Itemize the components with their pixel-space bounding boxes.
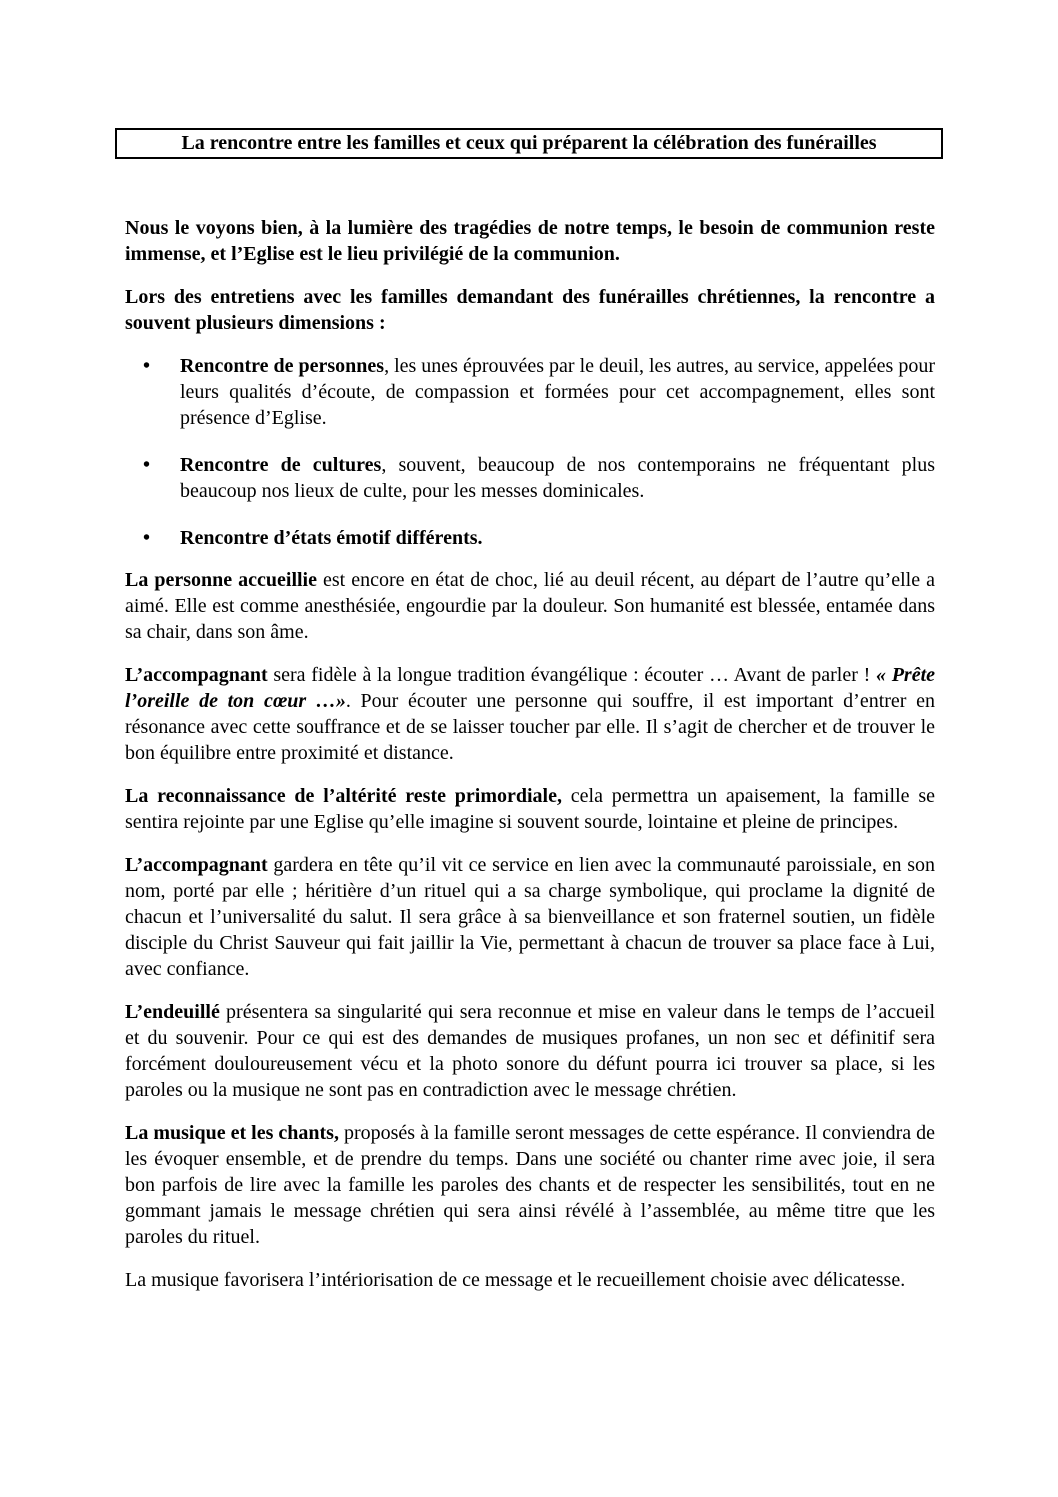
paragraph-accompagnant-ecoute: L’accompagnant sera fidèle à la longue t… bbox=[125, 662, 935, 766]
paragraph-personne-accueillie: La personne accueillie est encore en éta… bbox=[125, 567, 935, 645]
document-title: La rencontre entre les familles et ceux … bbox=[181, 132, 876, 154]
paragraph-lead: L’endeuillé bbox=[125, 1001, 220, 1023]
paragraph-lead: L’accompagnant bbox=[125, 854, 268, 876]
bullet-icon: • bbox=[143, 525, 150, 551]
paragraph-intro-2: Lors des entretiens avec les familles de… bbox=[125, 284, 935, 336]
paragraph-accompagnant-communaute: L’accompagnant gardera en tête qu’il vit… bbox=[125, 852, 935, 982]
paragraph-text: présentera sa singularité qui sera recon… bbox=[125, 1001, 935, 1101]
paragraph-reconnaissance-alterite: La reconnaissance de l’altérité reste pr… bbox=[125, 783, 935, 835]
paragraph-musique-final: La musique favorisera l’intériorisation … bbox=[125, 1267, 935, 1293]
paragraph-lead: La reconnaissance de l’altérité reste pr… bbox=[125, 785, 562, 807]
document-page: La rencontre entre les familles et ceux … bbox=[0, 0, 1058, 1497]
list-item-lead: Rencontre de cultures bbox=[180, 454, 381, 476]
list-item-rencontre-etats: • Rencontre d’états émotif différents. bbox=[125, 525, 935, 551]
list-item-rencontre-cultures: • Rencontre de cultures, souvent, beauco… bbox=[125, 452, 935, 504]
document-body: Nous le voyons bien, à la lumière des tr… bbox=[125, 215, 935, 1293]
paragraph-intro-1: Nous le voyons bien, à la lumière des tr… bbox=[125, 215, 935, 267]
list-item-lead: Rencontre de personnes bbox=[180, 355, 384, 377]
paragraph-musique-chants: La musique et les chants, proposés à la … bbox=[125, 1120, 935, 1250]
paragraph-lead: La personne accueillie bbox=[125, 569, 317, 591]
bullet-icon: • bbox=[143, 452, 150, 478]
paragraph-endeuille: L’endeuillé présentera sa singularité qu… bbox=[125, 999, 935, 1103]
paragraph-lead: L’accompagnant bbox=[125, 664, 268, 686]
paragraph-lead: La musique et les chants, bbox=[125, 1122, 339, 1144]
paragraph-text: La musique favorisera l’intériorisation … bbox=[125, 1269, 905, 1291]
bullet-icon: • bbox=[143, 353, 150, 379]
document-title-box: La rencontre entre les familles et ceux … bbox=[115, 128, 943, 159]
paragraph-text: sera fidèle à la longue tradition évangé… bbox=[268, 664, 876, 686]
list-item-lead: Rencontre d’états émotif différents. bbox=[180, 527, 483, 549]
dimension-list: • Rencontre de personnes, les unes éprou… bbox=[125, 353, 935, 551]
list-item-rencontre-personnes: • Rencontre de personnes, les unes éprou… bbox=[125, 353, 935, 431]
